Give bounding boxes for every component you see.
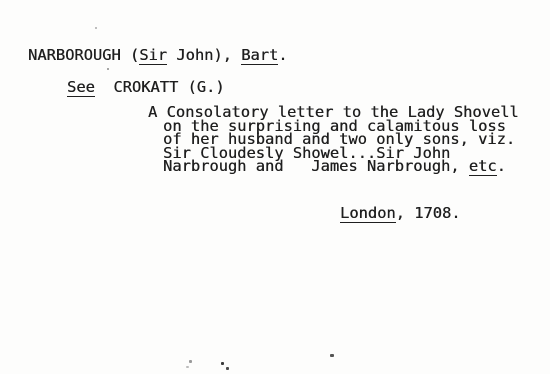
noise-speck xyxy=(221,362,224,365)
title-line-5-pre: Narbrough and James Narbrough, xyxy=(163,157,469,175)
title-line-5: Narbrough and James Narbrough, etc. xyxy=(163,160,519,174)
noise-speck xyxy=(186,366,189,368)
see-reference-line: See CROKATT (G.) xyxy=(67,81,225,95)
title-line-5-suffix: . xyxy=(497,157,506,175)
imprint-date: , 1708. xyxy=(396,204,461,222)
heading-underlined-bart: Bart xyxy=(241,46,278,65)
see-reference-target: CROKATT (G.) xyxy=(95,78,225,96)
catalog-card: NARBOROUGH (Sir John), Bart. See CROKATT… xyxy=(0,0,550,374)
noise-speck xyxy=(330,354,334,357)
imprint-place-underlined: London xyxy=(340,204,396,223)
noise-speck xyxy=(95,27,97,29)
heading-line: NARBOROUGH (Sir John), Bart. xyxy=(28,49,288,63)
noise-speck xyxy=(107,68,109,70)
heading-suffix: . xyxy=(278,46,287,64)
title-paragraph: A Consolatory letter to the Lady Shovell… xyxy=(148,106,519,174)
title-line-5-underlined-etc: etc xyxy=(469,157,497,176)
see-label: See xyxy=(67,78,95,97)
imprint-line: London, 1708. xyxy=(340,207,460,221)
heading-pre: NARBOROUGH ( xyxy=(28,46,139,64)
noise-speck xyxy=(189,360,192,363)
heading-mid: John), xyxy=(167,46,241,64)
noise-speck xyxy=(226,367,229,370)
heading-underlined-sir: Sir xyxy=(139,46,167,65)
